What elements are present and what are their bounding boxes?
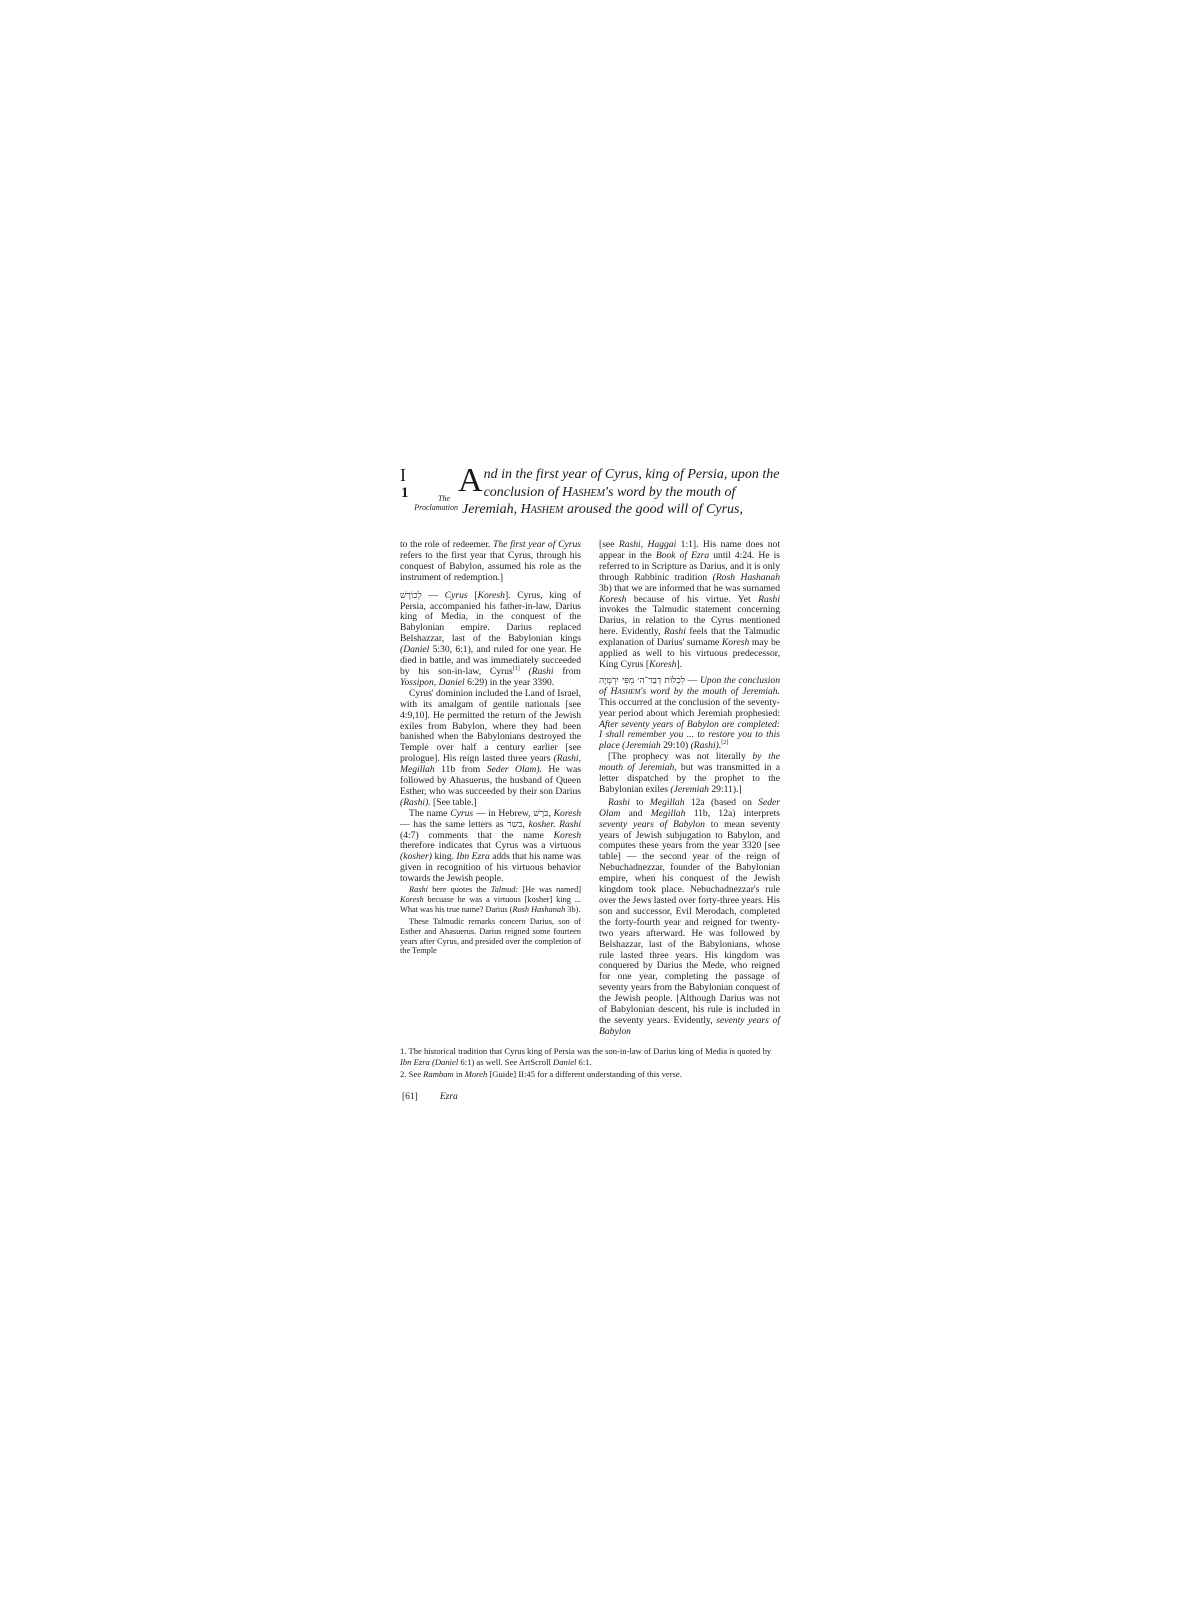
text-run <box>520 666 529 677</box>
italic-text: Rashi <box>664 626 686 637</box>
text-run: 3b) that we are informed that he was sur… <box>599 583 780 594</box>
text-run: — <box>422 590 445 601</box>
text-run: 6:1) as well. See ArtScroll <box>458 1057 553 1067</box>
italic-text: Daniel <box>553 1057 576 1067</box>
italic-text: Rashi, Haggai <box>619 539 676 550</box>
italic-text: Yossipon, Daniel <box>400 677 465 688</box>
page-number: [61] <box>402 1092 418 1102</box>
footnote-1: 1. The historical tradition that Cyrus k… <box>400 1046 780 1067</box>
text-run: ]. <box>676 659 682 670</box>
italic-text: Koresh <box>478 590 505 601</box>
italic-text: Megillah <box>651 808 686 819</box>
italic-text: Rashi <box>608 797 630 808</box>
text-run: [See table.] <box>431 797 477 808</box>
italic-text: Talmud: <box>491 885 518 894</box>
italic-text: Hashem <box>611 686 641 697</box>
italic-text: Koresh <box>554 830 581 841</box>
commentary-columns: to the role of redeemer. The first year … <box>400 540 780 1038</box>
italic-text: (Rashi <box>529 666 554 677</box>
commentary-paragraph-small: [see Rashi, Haggai 1:1]. His name does n… <box>599 540 780 671</box>
text-run: — has the same letters as <box>400 819 507 830</box>
text-run: [The prophecy was not literally <box>608 751 752 762</box>
text-run: [He was named] <box>518 885 581 894</box>
section-title-line1: The <box>398 494 458 503</box>
page-footer: [61]Ezra <box>402 1092 458 1103</box>
text-run: king. <box>432 851 456 862</box>
italic-text: Book of Ezra <box>656 550 709 561</box>
italic-text: (Rashi). <box>400 797 431 808</box>
text-run: 6:1. <box>576 1057 591 1067</box>
text-run: refers to the first year that Cyrus, thr… <box>400 550 581 583</box>
italic-text: 's word by the mouth of Jeremiah. <box>640 686 780 697</box>
divine-name: Hashem <box>521 502 564 517</box>
text-run: and <box>620 808 650 819</box>
text-run: 2. See <box>400 1069 423 1079</box>
commentary-paragraph-small: Rashi to Megillah 12a (based on Seder Ol… <box>599 798 780 1038</box>
text-run: to <box>630 797 650 808</box>
text-run: in <box>454 1069 465 1079</box>
italic-text: Seder Olam). <box>487 764 542 775</box>
italic-text: Koresh <box>599 594 626 605</box>
italic-text: (Rosh Hashanah <box>713 572 780 583</box>
commentary-paragraph: Cyrus' dominion included the Land of Isr… <box>400 689 581 809</box>
italic-text: Rashi <box>409 885 428 894</box>
italic-text: seventy years of Babylon <box>599 819 705 830</box>
footnotes: 1. The historical tradition that Cyrus k… <box>400 1046 780 1082</box>
book-page: I 1 The Proclamation And in the first ye… <box>400 466 778 526</box>
italic-text: Cyrus <box>445 590 468 601</box>
commentary-left-column: to the role of redeemer. The first year … <box>400 540 581 1038</box>
text-run: 6:29) in the year 3390. <box>465 677 555 688</box>
text-run: — in Hebrew, <box>473 808 533 819</box>
text-run: 11b from <box>435 764 487 775</box>
text-run: [Guide] II:45 for a different understand… <box>487 1069 682 1079</box>
text-run: כֹּרֶשׁ <box>533 809 548 819</box>
italic-text: Koresh <box>722 637 749 648</box>
text-run: 3b). <box>565 905 580 914</box>
verse-text: And in the first year of Cyrus, king of … <box>462 466 780 519</box>
text-run: 29:10) <box>661 740 691 751</box>
hebrew-lemma: לִכְלוֹת דְבַר־ה׳ מִפִּי יִרְמְיָה <box>599 676 685 686</box>
commentary-paragraph: to the role of redeemer. The first year … <box>400 540 581 584</box>
hebrew-lemma: לְכוֹרֶשׁ <box>400 591 422 601</box>
italic-text: (kosher) <box>400 851 432 862</box>
italic-text: Ibn Ezra <box>456 851 489 862</box>
drop-cap: A <box>458 468 483 494</box>
footnote-2: 2. See Rambam in Moreh [Guide] II:45 for… <box>400 1069 780 1080</box>
chapter-number: I <box>400 466 406 484</box>
commentary-paragraph: לִכְלוֹת דְבַר־ה׳ מִפִּי יִרְמְיָה — Upo… <box>599 676 780 752</box>
commentary-paragraph: לְכוֹרֶשׁ — Cyrus [Koresh]. Cyrus, king … <box>400 591 581 689</box>
text-run: [ <box>468 590 478 601</box>
commentary-right-column: [see Rashi, Haggai 1:1]. His name does n… <box>599 540 780 1038</box>
text-run: from <box>554 666 581 677</box>
footnote-ref: [1] <box>513 666 520 672</box>
italic-text: Cyrus <box>450 808 473 819</box>
italic-text: (Rashi). <box>691 740 722 751</box>
text-run: 12a (based on <box>685 797 759 808</box>
verse-header: I 1 The Proclamation And in the first ye… <box>400 466 778 526</box>
italic-text: Rashi <box>758 594 780 605</box>
italic-text: Rosh Hashanah <box>512 905 565 914</box>
divine-name: Hashem <box>562 485 605 500</box>
text-run: This occurred at the conclusion of the s… <box>599 697 780 719</box>
text-run: therefore indicates that Cyrus was a vir… <box>400 840 581 851</box>
text-run: to the role of redeemer. <box>400 539 493 550</box>
commentary-paragraph-small: These Talmudic remarks concern Darius, s… <box>400 917 581 956</box>
italic-text: Koresh <box>554 808 581 819</box>
commentary-paragraph-small: Rashi here quotes the Talmud: [He was na… <box>400 885 581 914</box>
italic-text: (Jeremiah <box>670 784 709 795</box>
italic-text: Koresh <box>649 659 676 670</box>
book-name: Ezra <box>440 1092 458 1102</box>
text-run: כשר <box>507 820 522 830</box>
text-run: [see <box>599 539 619 550</box>
text-run: The name <box>409 808 450 819</box>
italic-text: kosher. Rashi <box>529 819 581 830</box>
text-run: here quotes the <box>428 885 491 894</box>
italic-text: Megillah <box>650 797 685 808</box>
commentary-paragraph: The name Cyrus — in Hebrew, כֹּרֶשׁ, Kor… <box>400 809 581 885</box>
italic-text: Ibn Ezra (Daniel <box>400 1057 458 1067</box>
italic-text: Moreh <box>465 1069 488 1079</box>
verse-text-part: aroused the good will of Cyrus, <box>563 502 743 517</box>
text-run: to mean seventy years of Jewish subjugat… <box>599 819 780 1026</box>
text-run: 29:11).] <box>709 784 742 795</box>
text-run: 1. The historical tradition that Cyrus k… <box>400 1046 771 1056</box>
section-title-line2: Proclamation <box>398 503 458 512</box>
italic-text: Koresh <box>400 895 424 904</box>
italic-text: Rambam <box>423 1069 454 1079</box>
text-run: (4:7) comments that the name <box>400 830 554 841</box>
text-run: 11b, 12a) interprets <box>685 808 780 819</box>
text-run: because of his virtue. Yet <box>626 594 758 605</box>
text-run: These Talmudic remarks concern Darius, s… <box>400 917 581 955</box>
footnote-ref: [2] <box>721 740 728 746</box>
italic-text: (Daniel <box>400 644 429 655</box>
text-run: — <box>685 675 700 686</box>
italic-text: The first year of Cyrus <box>493 539 581 550</box>
commentary-paragraph: [The prophecy was not literally by the m… <box>599 752 780 796</box>
section-title: The Proclamation <box>398 494 458 512</box>
